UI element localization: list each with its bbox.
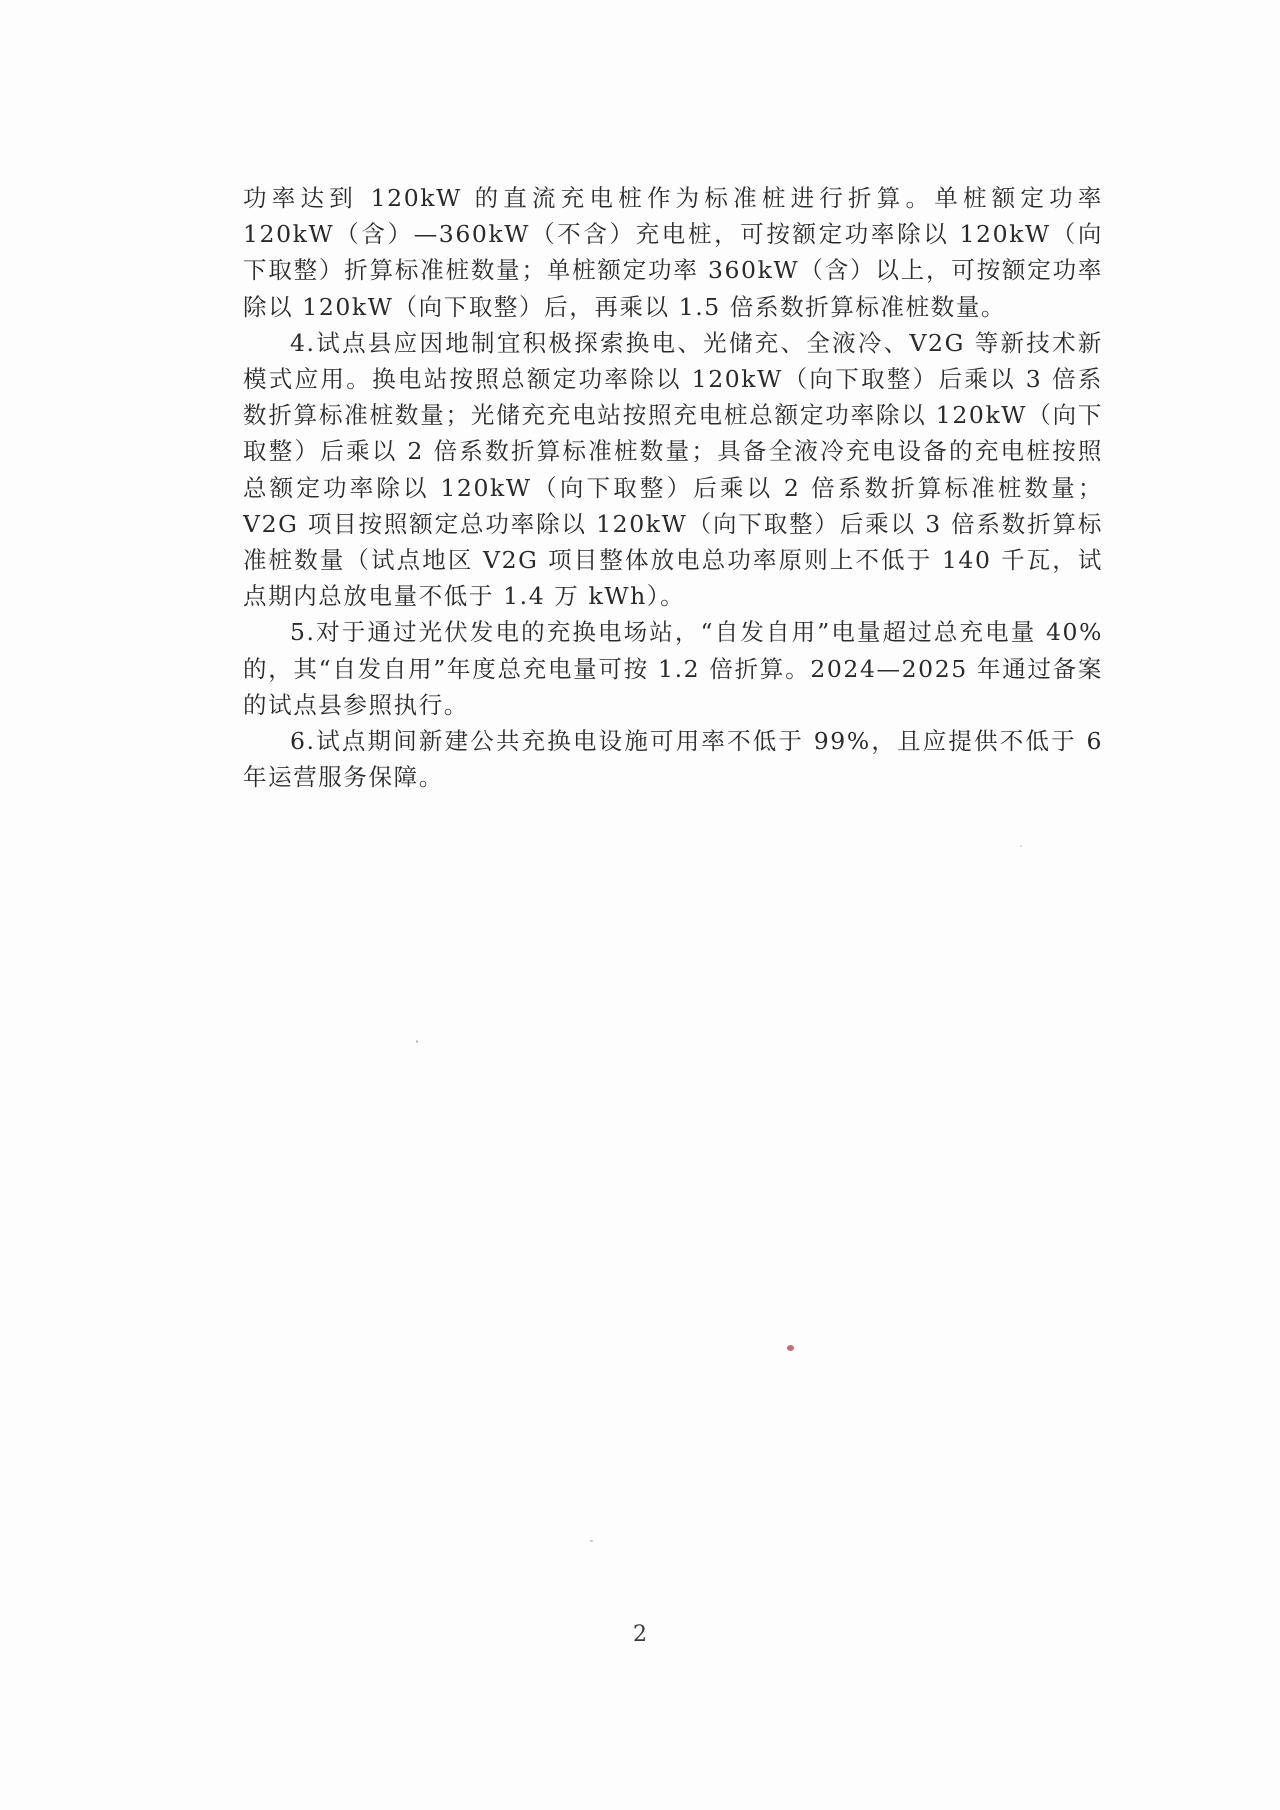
scan-speck	[416, 1040, 418, 1043]
scan-speck	[268, 557, 276, 560]
paragraph-item-5: 5.对于通过光伏发电的充换电场站，“自发自用”电量超过总充电量 40%的，其“自…	[243, 614, 1103, 723]
page-number: 2	[0, 1622, 1280, 1647]
scan-speck	[590, 1540, 593, 1542]
document-page: 功率达到 120kW 的直流充电桩作为标准桩进行折算。单桩额定功率 120kW（…	[0, 0, 1280, 1810]
scan-speck	[787, 1345, 794, 1351]
scan-speck	[1020, 845, 1022, 847]
body-text: 功率达到 120kW 的直流充电桩作为标准桩进行折算。单桩额定功率 120kW（…	[243, 180, 1103, 795]
paragraph-item-4: 4.试点县应因地制宜积极探索换电、光储充、全液冷、V2G 等新技术新模式应用。换…	[243, 325, 1103, 615]
paragraph-item-6: 6.试点期间新建公共充换电设施可用率不低于 99%，且应提供不低于 6 年运营服…	[243, 723, 1103, 795]
paragraph-3-continuation: 功率达到 120kW 的直流充电桩作为标准桩进行折算。单桩额定功率 120kW（…	[243, 180, 1103, 325]
